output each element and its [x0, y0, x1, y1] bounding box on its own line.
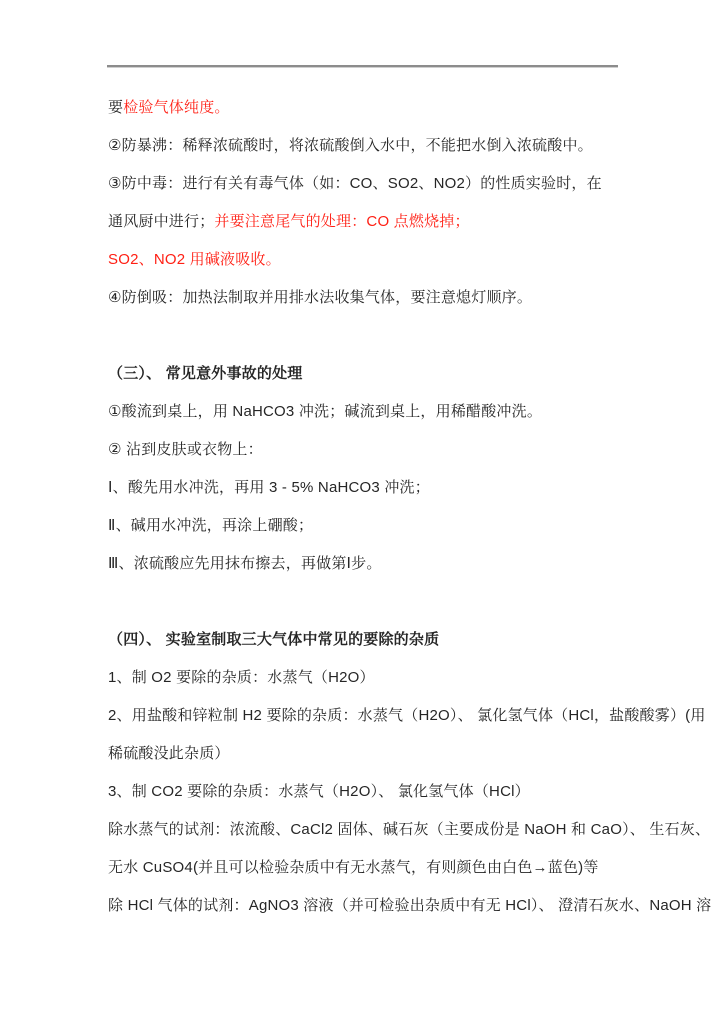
section-heading: （三）、 常见意外事故的处理 — [108, 355, 668, 393]
text-run: （三）、 常见意外事故的处理 — [108, 365, 302, 382]
text-run: 无水 CuSO4(并且可以检验杂质中有无水蒸气，有则颜色由白色→蓝色)等 — [108, 859, 599, 876]
highlighted-text-run: 检验气体纯度。 — [123, 99, 229, 116]
paragraph: Ⅲ、浓硫酸应先用抹布擦去，再做第Ⅰ步。 — [108, 545, 668, 583]
text-run: ③防中毒：进行有关有毒气体（如：CO、SO2、NO2）的性质实验时，在 — [108, 175, 602, 192]
header-divider — [107, 65, 618, 68]
paragraph: 除水蒸气的试剂：浓流酸、CaCl2 固体、碱石灰（主要成份是 NaOH 和 Ca… — [108, 811, 668, 849]
paragraph: ④防倒吸：加热法制取并用排水法收集气体，要注意熄灯顺序。 — [108, 279, 668, 317]
text-run: 除 HCl 气体的试剂：AgNO3 溶液（并可检验出杂质中有无 HCl）、 澄清… — [108, 897, 711, 914]
highlighted-text-run: 并要注意尾气的处理：CO 点燃烧掉； — [214, 213, 469, 230]
paragraph: Ⅰ、酸先用水冲洗，再用 3 - 5% NaHCO3 冲洗； — [108, 469, 668, 507]
text-run: Ⅱ、碱用水冲洗，再涂上硼酸； — [108, 517, 313, 534]
paragraph: 3、制 CO2 要除的杂质：水蒸气（H2O）、 氯化氢气体（HCl） — [108, 773, 668, 811]
paragraph: 通风厨中进行；并要注意尾气的处理：CO 点燃烧掉； — [108, 203, 668, 241]
document-page: 要检验气体纯度。②防暴沸：稀释浓硫酸时，将浓硫酸倒入水中，不能把水倒入浓硫酸中。… — [0, 0, 724, 1024]
paragraph: Ⅱ、碱用水冲洗，再涂上硼酸； — [108, 507, 668, 545]
text-run: ①酸流到桌上，用 NaHCO3 冲洗；碱流到桌上，用稀醋酸冲洗。 — [108, 403, 542, 420]
text-run: 稀硫酸没此杂质） — [108, 745, 230, 762]
paragraph: SO2、NO2 用碱液吸收。 — [108, 241, 668, 279]
text-run: ② 沾到皮肤或衣物上： — [108, 441, 263, 458]
text-run: 3、制 CO2 要除的杂质：水蒸气（H2O）、 氯化氢气体（HCl） — [108, 783, 530, 800]
paragraph: ②防暴沸：稀释浓硫酸时，将浓硫酸倒入水中，不能把水倒入浓硫酸中。 — [108, 127, 668, 165]
section-heading: （四）、 实验室制取三大气体中常见的要除的杂质 — [108, 621, 668, 659]
text-run: 除水蒸气的试剂：浓流酸、CaCl2 固体、碱石灰（主要成份是 NaOH 和 Ca… — [108, 821, 710, 838]
paragraph: 2、用盐酸和锌粒制 H2 要除的杂质：水蒸气（H2O）、 氯化氢气体（HCl，盐… — [108, 697, 668, 735]
paragraph: 除 HCl 气体的试剂：AgNO3 溶液（并可检验出杂质中有无 HCl）、 澄清… — [108, 887, 668, 925]
paragraph: ①酸流到桌上，用 NaHCO3 冲洗；碱流到桌上，用稀醋酸冲洗。 — [108, 393, 668, 431]
paragraph: 稀硫酸没此杂质） — [108, 735, 668, 773]
paragraph: 无水 CuSO4(并且可以检验杂质中有无水蒸气，有则颜色由白色→蓝色)等 — [108, 849, 668, 887]
text-run: （四）、 实验室制取三大气体中常见的要除的杂质 — [108, 631, 439, 648]
text-run: 通风厨中进行； — [108, 213, 214, 230]
text-run: Ⅰ、酸先用水冲洗，再用 3 - 5% NaHCO3 冲洗； — [108, 479, 430, 496]
paragraph: 要检验气体纯度。 — [108, 89, 668, 127]
text-run: 要 — [108, 99, 123, 116]
text-run: Ⅲ、浓硫酸应先用抹布擦去，再做第Ⅰ步。 — [108, 555, 382, 572]
text-run: 2、用盐酸和锌粒制 H2 要除的杂质：水蒸气（H2O）、 氯化氢气体（HCl，盐… — [108, 707, 706, 724]
text-run: ④防倒吸：加热法制取并用排水法收集气体，要注意熄灯顺序。 — [108, 289, 532, 306]
paragraph: 1、制 O2 要除的杂质：水蒸气（H2O） — [108, 659, 668, 697]
document-body: 要检验气体纯度。②防暴沸：稀释浓硫酸时，将浓硫酸倒入水中，不能把水倒入浓硫酸中。… — [108, 89, 668, 925]
paragraph: ② 沾到皮肤或衣物上： — [108, 431, 668, 469]
highlighted-text-run: SO2、NO2 用碱液吸收。 — [108, 251, 281, 268]
text-run: ②防暴沸：稀释浓硫酸时，将浓硫酸倒入水中，不能把水倒入浓硫酸中。 — [108, 137, 593, 154]
paragraph: ③防中毒：进行有关有毒气体（如：CO、SO2、NO2）的性质实验时，在 — [108, 165, 668, 203]
text-run: 1、制 O2 要除的杂质：水蒸气（H2O） — [108, 669, 375, 686]
